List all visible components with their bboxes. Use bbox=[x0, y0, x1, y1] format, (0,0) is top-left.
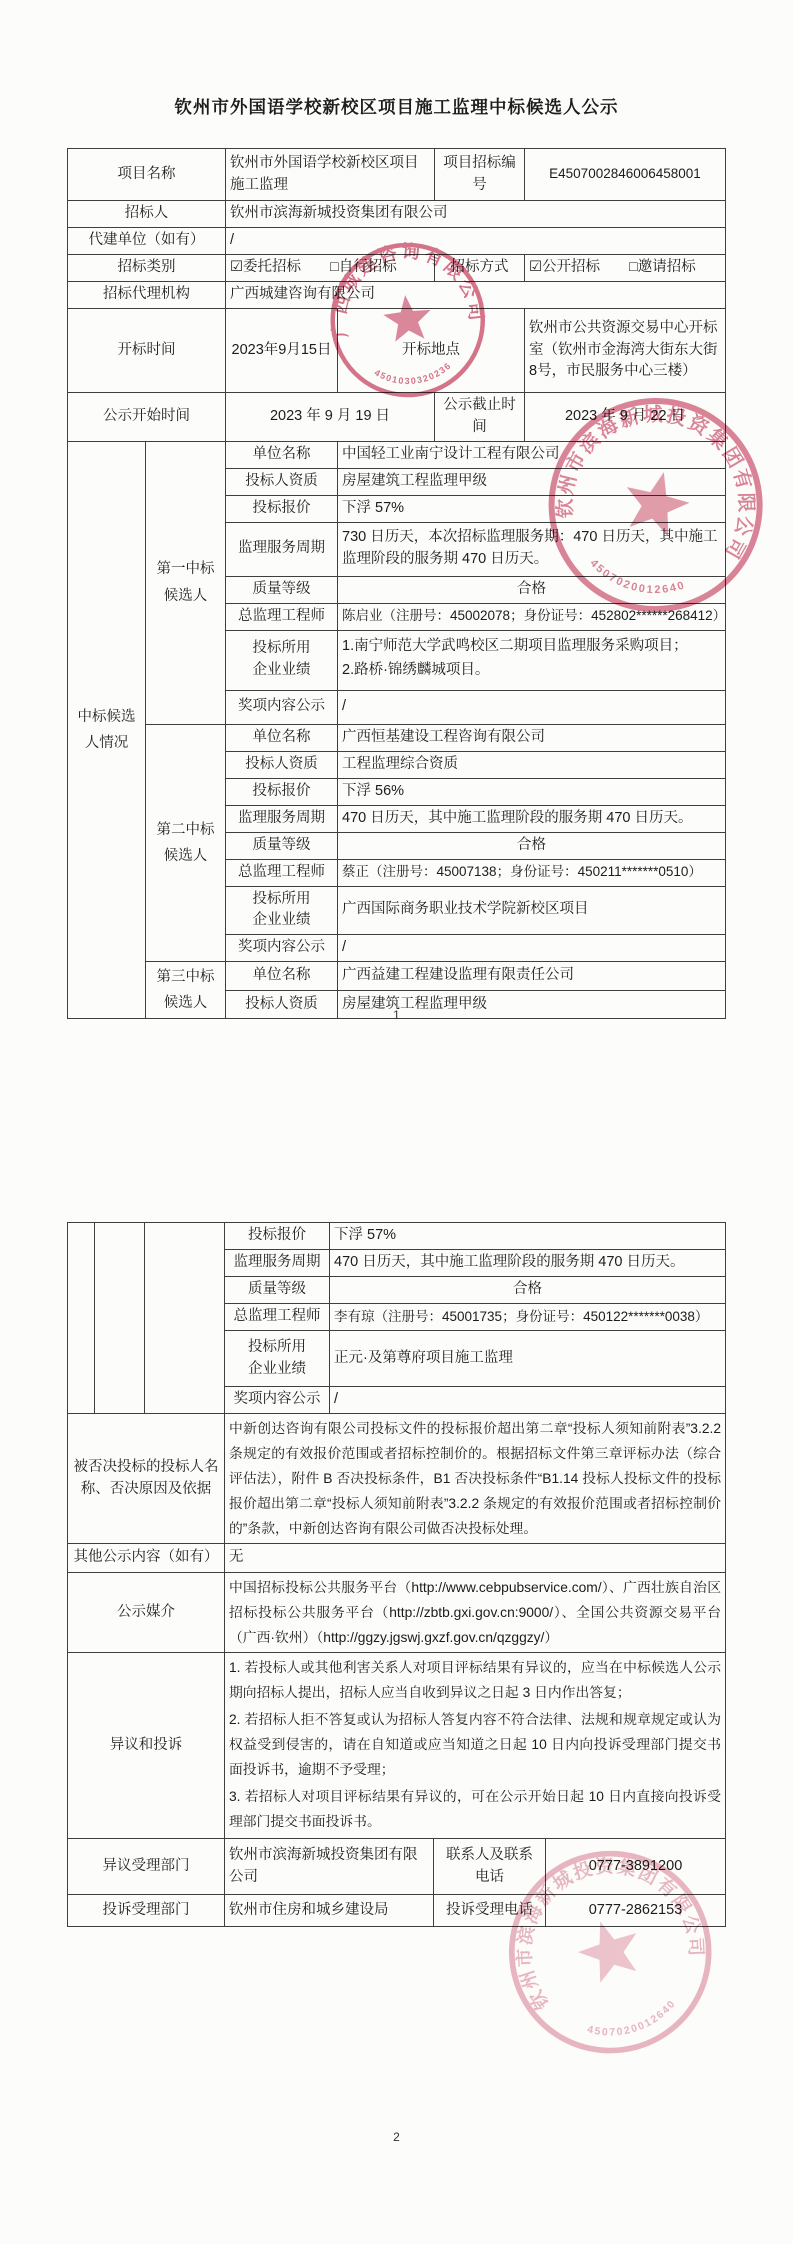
award-label: 奖项内容公示 bbox=[226, 935, 338, 962]
candidate1-award: / bbox=[338, 690, 726, 724]
candidate3-chief: 李有琼（注册号：45001735；身份证号：450122*******0038） bbox=[330, 1304, 726, 1331]
agent-build-value: / bbox=[226, 228, 726, 255]
complaint-dept-label: 投诉受理部门 bbox=[68, 1895, 225, 1927]
tender-method-checkboxes: ☑公开招标 □邀请招标 bbox=[525, 255, 726, 282]
media-label: 公示媒介 bbox=[68, 1573, 225, 1653]
candidate3-service-period: 470 日历天，其中施工监理阶段的服务期 470 日历天。 bbox=[330, 1250, 726, 1277]
tender-no-value: E4507002846006458001 bbox=[525, 149, 726, 201]
continuation-col-rank bbox=[95, 1223, 145, 1414]
objection-phone: 0777-3891200 bbox=[546, 1839, 726, 1895]
tender-category-checkboxes: ☑委托招标 □自行招标 bbox=[226, 255, 435, 282]
tender-no-label: 项目招标编号 bbox=[435, 149, 525, 201]
candidate2-quality: 合格 bbox=[338, 832, 726, 859]
candidate2-performance: 广西国际商务职业技术学院新校区项目 bbox=[338, 886, 726, 935]
candidate1-quality: 合格 bbox=[338, 576, 726, 603]
continuation-col-spacer bbox=[145, 1223, 225, 1414]
page1-table: 项目名称 钦州市外国语学校新校区项目施工监理 项目招标编号 E450700284… bbox=[67, 148, 726, 1019]
candidate2-rank-label: 第二中标候选人 bbox=[146, 724, 226, 962]
publicity-start-label: 公示开始时间 bbox=[68, 393, 226, 442]
tenderer-value: 钦州市滨海新城投资集团有限公司 bbox=[226, 201, 726, 228]
objection-item: 2. 若招标人拒不答复或认为招标人答复内容不符合法律、法规和规章规定或认为权益受… bbox=[229, 1707, 721, 1782]
open-place-label: 开标地点 bbox=[338, 309, 525, 393]
unit-name-label: 单位名称 bbox=[226, 441, 338, 468]
candidate1-performance: 1.南宁师范大学武鸣校区二期项目监理服务采购项目； 2.路桥·锦绣麟城项目。 bbox=[338, 630, 726, 690]
candidate2-unit-name: 广西恒基建设工程咨询有限公司 bbox=[338, 724, 726, 751]
project-name-value: 钦州市外国语学校新校区项目施工监理 bbox=[226, 149, 435, 201]
chief-label: 总监理工程师 bbox=[226, 603, 338, 630]
other-content-value: 无 bbox=[225, 1544, 726, 1573]
complaint-phone: 0777-2862153 bbox=[546, 1895, 726, 1927]
objection-content: 1. 若投标人或其他利害关系人对项目评标结果有异议的，应当在中标候选人公示期向招… bbox=[225, 1653, 726, 1839]
performance-label-line2: 企业业绩 bbox=[229, 1359, 325, 1381]
unit-name-label: 单位名称 bbox=[226, 962, 338, 991]
agency-value: 广西城建咨询有限公司 bbox=[226, 282, 726, 309]
objection-contact-label: 联系人及联系 电话 bbox=[434, 1839, 546, 1895]
candidate3-quality: 合格 bbox=[330, 1277, 726, 1304]
unit-name-label: 单位名称 bbox=[226, 724, 338, 751]
publicity-start-value: 2023 年 9 月 19 日 bbox=[226, 393, 435, 442]
rejection-label: 被否决投标的投标人名称、否决原因及依据 bbox=[68, 1414, 225, 1544]
candidate3-bid-price: 下浮 57% bbox=[330, 1223, 726, 1250]
contact-label-line2: 电话 bbox=[438, 1867, 541, 1889]
performance-label: 投标所用 企业业绩 bbox=[225, 1331, 330, 1387]
publicity-end-value: 2023 年 9 月 22 日 bbox=[525, 393, 726, 442]
agency-label: 招标代理机构 bbox=[68, 282, 226, 309]
candidate1-qualification: 房屋建筑工程监理甲级 bbox=[338, 468, 726, 495]
candidate2-bid-price: 下浮 56% bbox=[338, 778, 726, 805]
service-period-label: 监理服务周期 bbox=[226, 522, 338, 576]
service-period-label: 监理服务周期 bbox=[226, 805, 338, 832]
complaint-contact-label: 投诉受理电话 bbox=[434, 1895, 546, 1927]
performance-label-line1: 投标所用 bbox=[230, 638, 333, 660]
page-title: 钦州市外国语学校新校区项目施工监理中标候选人公示 bbox=[0, 94, 793, 119]
candidate2-qualification: 工程监理综合资质 bbox=[338, 751, 726, 778]
performance-label: 投标所用 企业业绩 bbox=[226, 630, 338, 690]
objection-dept-value: 钦州市滨海新城投资集团有限公司 bbox=[225, 1839, 434, 1895]
candidate2-service-period: 470 日历天，其中施工监理阶段的服务期 470 日历天。 bbox=[338, 805, 726, 832]
award-label: 奖项内容公示 bbox=[226, 690, 338, 724]
tender-method-label: 招标方式 bbox=[435, 255, 525, 282]
quality-label: 质量等级 bbox=[226, 576, 338, 603]
objection-label: 异议和投诉 bbox=[68, 1653, 225, 1839]
performance-item: 2.路桥·锦绣麟城项目。 bbox=[342, 660, 721, 682]
performance-label: 投标所用 企业业绩 bbox=[226, 886, 338, 935]
bid-price-label: 投标报价 bbox=[226, 495, 338, 522]
chief-label: 总监理工程师 bbox=[225, 1304, 330, 1331]
other-content-label: 其他公示内容（如有） bbox=[68, 1544, 225, 1573]
objection-dept-label: 异议受理部门 bbox=[68, 1839, 225, 1895]
agent-build-label: 代建单位（如有） bbox=[68, 228, 226, 255]
qualification-label: 投标人资质 bbox=[226, 751, 338, 778]
candidate1-chief: 陈启业（注册号：45002078；身份证号：452802******268412… bbox=[338, 603, 726, 630]
objection-item: 3. 若招标人对项目评标结果有异议的，可在公示开始日起 10 日内直接向投诉受理… bbox=[229, 1784, 721, 1834]
complaint-dept-value: 钦州市住房和城乡建设局 bbox=[225, 1895, 434, 1927]
svg-text:4507020012640: 4507020012640 bbox=[583, 1996, 683, 2049]
performance-item: 1.南宁师范大学武鸣校区二期项目监理服务采购项目； bbox=[342, 636, 721, 658]
open-time-value: 2023年9月15日 bbox=[226, 309, 338, 393]
service-period-label: 监理服务周期 bbox=[225, 1250, 330, 1277]
publicity-end-label: 公示截止时间 bbox=[435, 393, 525, 442]
bid-price-label: 投标报价 bbox=[226, 778, 338, 805]
page1-number: 1 bbox=[0, 1008, 793, 1022]
performance-label-line2: 企业业绩 bbox=[230, 660, 333, 682]
performance-label-line1: 投标所用 bbox=[229, 1337, 325, 1359]
candidate3-award: / bbox=[330, 1387, 726, 1414]
qualification-label: 投标人资质 bbox=[226, 468, 338, 495]
chief-label: 总监理工程师 bbox=[226, 859, 338, 886]
project-name-label: 项目名称 bbox=[68, 149, 226, 201]
bid-price-label: 投标报价 bbox=[225, 1223, 330, 1250]
continuation-col-section bbox=[68, 1223, 95, 1414]
objection-item: 1. 若投标人或其他利害关系人对项目评标结果有异议的，应当在中标候选人公示期向招… bbox=[229, 1655, 721, 1705]
candidate2-chief: 蔡正（注册号：45007138；身份证号：450211*******0510） bbox=[338, 859, 726, 886]
open-place-value: 钦州市公共资源交易中心开标室（钦州市金海湾大街东大街8号，市民服务中心三楼） bbox=[525, 309, 726, 393]
candidate1-service-period: 730 日历天，本次招标监理服务期：470 日历天，其中施工监理阶段的服务期 4… bbox=[338, 522, 726, 576]
candidate1-bid-price: 下浮 57% bbox=[338, 495, 726, 522]
page2-number: 2 bbox=[0, 2130, 793, 2144]
tenderer-label: 招标人 bbox=[68, 201, 226, 228]
open-time-label: 开标时间 bbox=[68, 309, 226, 393]
contact-label-line1: 联系人及联系 bbox=[438, 1845, 541, 1867]
candidate1-rank-label: 第一中标候选人 bbox=[146, 441, 226, 724]
candidates-section-label: 中标候选人情况 bbox=[68, 441, 146, 1019]
page2-table: 投标报价 下浮 57% 监理服务周期 470 日历天，其中施工监理阶段的服务期 … bbox=[67, 1222, 726, 1927]
candidate3-unit-name: 广西益建工程建设监理有限责任公司 bbox=[338, 962, 726, 991]
performance-label-line2: 企业业绩 bbox=[230, 910, 333, 932]
candidate3-performance: 正元·及第尊府项目施工监理 bbox=[330, 1331, 726, 1387]
candidate2-award: / bbox=[338, 935, 726, 962]
tender-category-label: 招标类别 bbox=[68, 255, 226, 282]
quality-label: 质量等级 bbox=[225, 1277, 330, 1304]
quality-label: 质量等级 bbox=[226, 832, 338, 859]
award-label: 奖项内容公示 bbox=[225, 1387, 330, 1414]
candidate1-unit-name: 中国轻工业南宁设计工程有限公司 bbox=[338, 441, 726, 468]
performance-label-line1: 投标所用 bbox=[230, 889, 333, 911]
rejection-content: 中新创达咨询有限公司投标文件的投标报价超出第二章“投标人须知前附表”3.2.2 … bbox=[225, 1414, 726, 1544]
media-content: 中国招标投标公共服务平台（http://www.cebpubservice.co… bbox=[225, 1573, 726, 1653]
tenderer-seal-number: 4507020012640 bbox=[583, 1996, 683, 2049]
